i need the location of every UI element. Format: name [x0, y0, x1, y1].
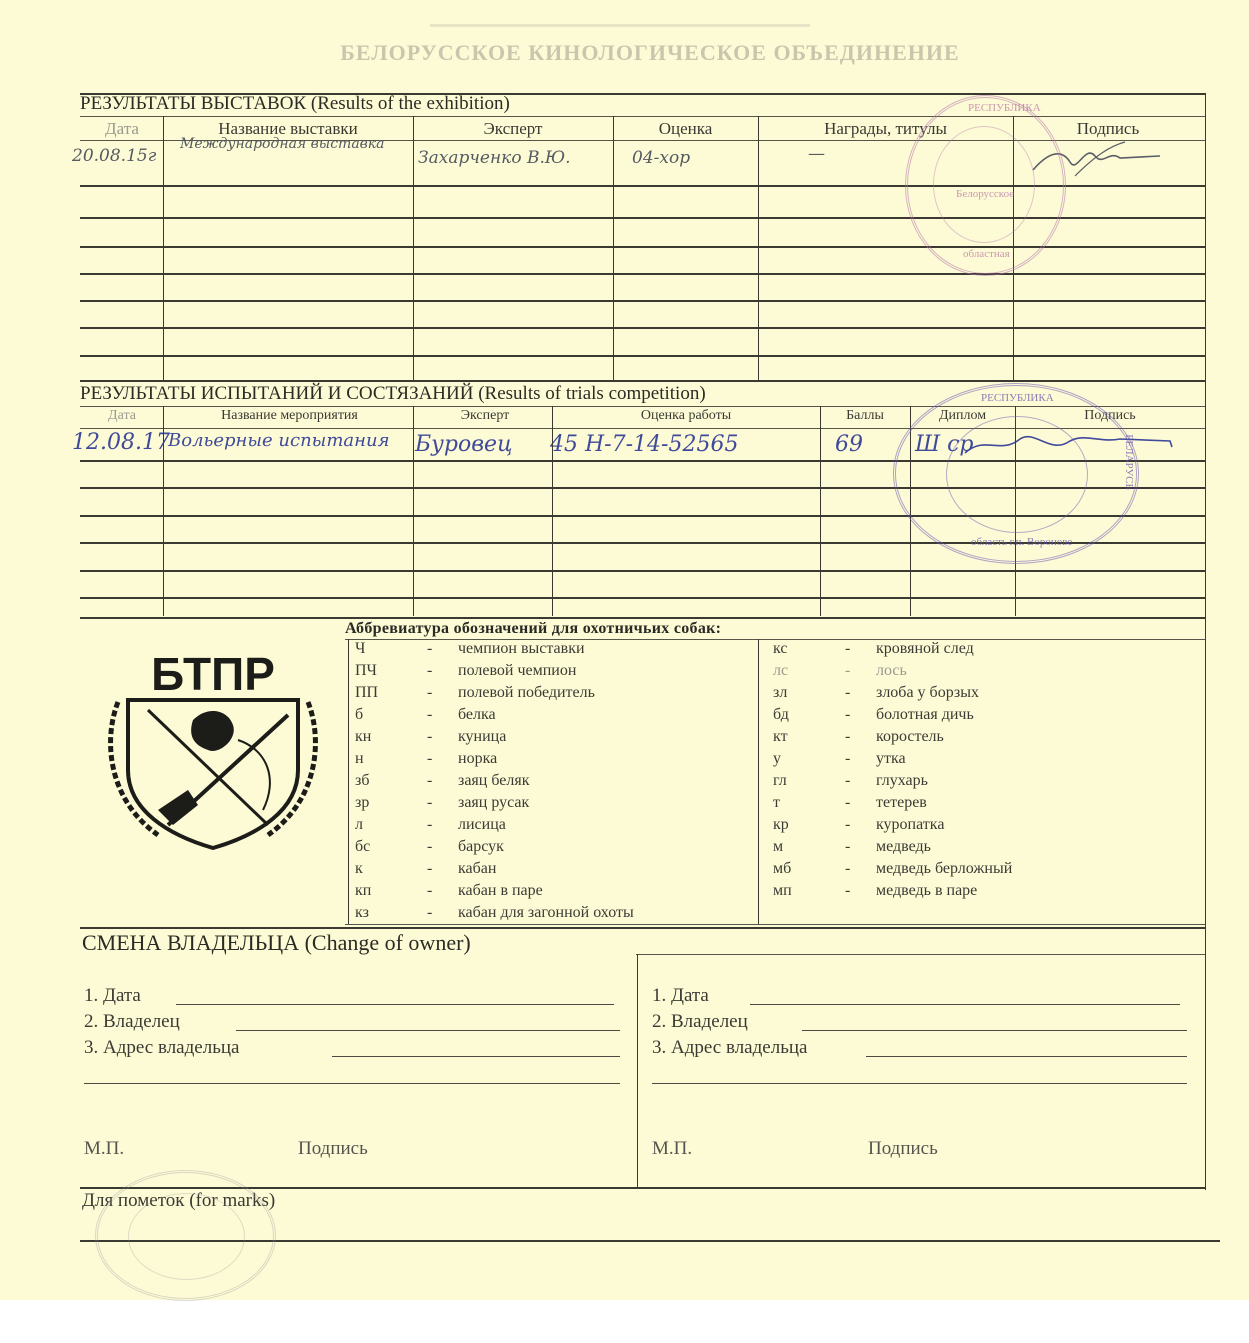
- trial-col-expert: Эксперт: [415, 408, 555, 424]
- exh-row-date: 20.08.15г: [72, 146, 156, 166]
- left-address-field-2[interactable]: [84, 1083, 620, 1084]
- left-address-label: 3. Адрес владельца: [84, 1037, 239, 1059]
- divider: [80, 273, 1205, 275]
- divider: [80, 355, 1205, 357]
- left-date-label: 1. Дата: [84, 985, 141, 1007]
- col-divider: [348, 639, 349, 924]
- col-divider: [758, 116, 759, 380]
- right-address-field-2[interactable]: [652, 1083, 1187, 1084]
- col-divider: [163, 406, 164, 616]
- trial-col-name: Название мероприятия: [167, 408, 412, 424]
- left-seal-label: М.П.: [84, 1138, 124, 1160]
- divider: [80, 927, 1205, 929]
- right-address-field[interactable]: [866, 1056, 1187, 1057]
- faded-stamp-icon: [95, 1170, 276, 1301]
- exh-col-date: Дата: [82, 119, 162, 139]
- change-owner-title: СМЕНА ВЛАДЕЛЬЦА (Change of owner): [82, 930, 471, 956]
- right-owner-field[interactable]: [802, 1030, 1187, 1031]
- left-owner-field[interactable]: [236, 1030, 620, 1031]
- svg-text:БТПР: БТПР: [151, 648, 275, 700]
- divider: [345, 924, 1205, 925]
- divider: [80, 617, 1205, 619]
- trial-col-date: Дата: [82, 408, 162, 424]
- col-divider: [413, 406, 414, 616]
- left-date-field[interactable]: [176, 1004, 614, 1005]
- divider: [636, 954, 1205, 955]
- right-owner-label: 2. Владелец: [652, 1011, 748, 1033]
- right-border: [1205, 940, 1206, 1190]
- exh-row-grade: 04-хор: [632, 148, 690, 168]
- col-divider: [613, 116, 614, 380]
- exh-row-name: Международная выставка: [180, 136, 385, 152]
- document-page: БЕЛОРУССКОЕ КИНОЛОГИЧЕСКОЕ ОБЪЕДИНЕНИЕ Р…: [0, 0, 1249, 1300]
- abbreviations-title: Аббревиатура обозначений для охотничьих …: [345, 620, 721, 638]
- exh-row-expert: Захарченко В.Ю.: [418, 148, 571, 168]
- btpr-emblem-icon: БТПР: [98, 640, 328, 850]
- col-divider: [820, 406, 821, 616]
- left-signature-label: Подпись: [298, 1138, 368, 1160]
- official-stamp-icon: РЕСПУБЛИКА Белорусское областная: [905, 95, 1066, 276]
- right-seal-label: М.П.: [652, 1138, 692, 1160]
- left-address-field[interactable]: [332, 1056, 620, 1057]
- exh-row-awards: —: [808, 144, 825, 164]
- trials-top-border: [80, 380, 1205, 382]
- divider: [80, 597, 1205, 599]
- trial-row-work-grade: 45 Н-7-14-52565: [550, 432, 738, 457]
- col-divider: [552, 406, 553, 616]
- trial-row-points: 69: [835, 432, 863, 457]
- exh-col-grade: Оценка: [613, 119, 758, 139]
- col-divider: [758, 639, 759, 924]
- divider: [80, 300, 1205, 302]
- faded-line: [430, 24, 810, 27]
- trial-col-work-grade: Оценка работы: [552, 408, 820, 424]
- divider: [80, 570, 1205, 572]
- right-signature-label: Подпись: [868, 1138, 938, 1160]
- right-date-label: 1. Дата: [652, 985, 709, 1007]
- faded-header: БЕЛОРУССКОЕ КИНОЛОГИЧЕСКОЕ ОБЪЕДИНЕНИЕ: [250, 40, 1050, 66]
- right-address-label: 3. Адрес владельца: [652, 1037, 807, 1059]
- col-divider: [163, 116, 164, 380]
- left-owner-label: 2. Владелец: [84, 1011, 180, 1033]
- col-divider: [413, 116, 414, 380]
- trial-row-name: Вольерные испытания: [168, 430, 389, 451]
- trial-row-expert: Буровец: [415, 432, 512, 457]
- official-stamp-icon: РЕСПУБЛИКА БЕЛАРУСЬ область г.п. Воронов…: [893, 383, 1139, 564]
- exhibitions-title: РЕЗУЛЬТАТЫ ВЫСТАВОК (Results of the exhi…: [80, 93, 510, 115]
- right-border: [1205, 93, 1206, 380]
- trial-col-points: Баллы: [820, 408, 910, 424]
- exh-col-expert: Эксперт: [413, 119, 613, 139]
- right-date-field[interactable]: [750, 1004, 1180, 1005]
- trial-row-date: 12.08.17: [72, 430, 170, 455]
- col-divider: [637, 954, 638, 1187]
- divider: [80, 327, 1205, 329]
- right-border: [1205, 380, 1206, 940]
- trials-title: РЕЗУЛЬТАТЫ ИСПЫТАНИЙ И СОСТЯЗАНИЙ (Resul…: [80, 383, 706, 405]
